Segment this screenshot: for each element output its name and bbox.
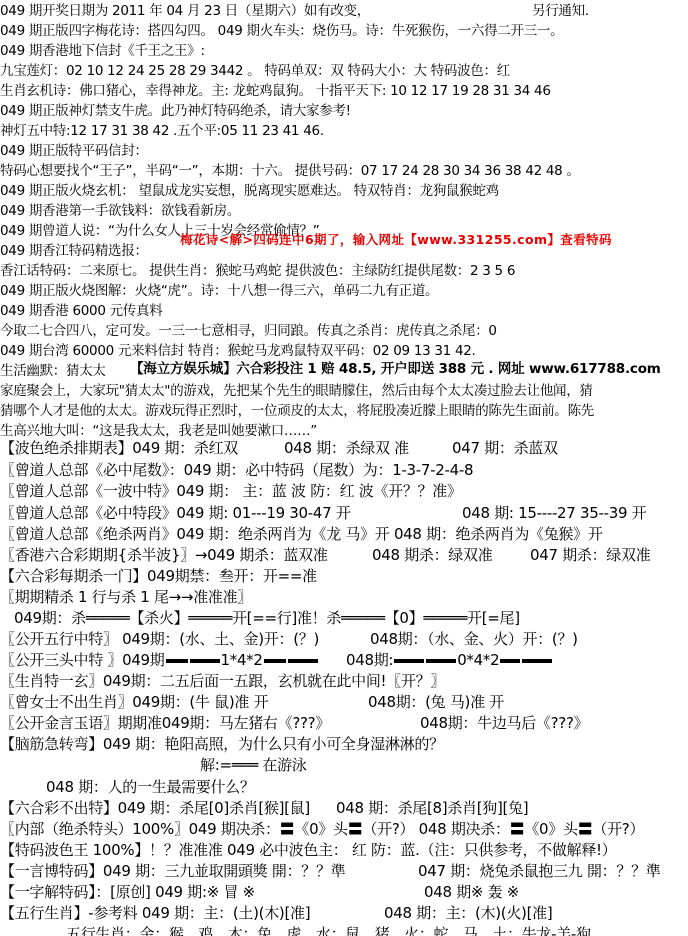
- section-col-b: 048 期：杀绿双 准: [284, 439, 409, 457]
- text-line: 特码心想要找个“王子”，半码“一”，本期：十六。 提供号码：07 17 24 2…: [0, 162, 580, 180]
- text-line: 神灯五中特:12 17 31 38 42 .五个平:05 11 23 41 46…: [0, 122, 324, 140]
- line-text: 049 期香港第一手欲钱料：欲钱看新房。: [0, 203, 240, 219]
- section-mid: 1*4*2: [221, 651, 263, 669]
- section-line: 【特码波色王 100%】！？准准准 049 必中波色主： 红 防：蓝.（注：只供…: [0, 841, 616, 859]
- section-text: 〖公开三头中特 〗049期: [0, 651, 165, 669]
- section-col-b: 048期：(兔 马)准 开: [368, 693, 504, 711]
- section-line: 【一字解特码】：[原创] 049 期:※ 冒 ※048 期※ 轰 ※: [0, 883, 255, 901]
- section-line: 【波色绝杀排期表】049 期：杀红双048 期：杀绿双 准047 期：杀蓝双: [0, 439, 238, 457]
- section-line: 【五行生肖】-参考料 049 期：主：(土)(木)[准]048 期：主：(木)(…: [0, 904, 310, 922]
- section-text: 049期：杀═════【杀火】═════开[==行]准！杀═════【0】═══…: [14, 609, 520, 627]
- line-text: 生高兴地大叫：“这是我太太，我老是叫她要漱口……”: [0, 423, 317, 439]
- section-line: 〖香港六合彩期期{杀半波}〗→049 期杀：蓝双准048 期杀：绿双准047 期…: [0, 546, 328, 564]
- text-line: 049 期正版火烧图解：火烧“虎”。诗：十八想一得三六，单码二九有正道。: [0, 282, 438, 300]
- section-line: 解:=═══ 在游泳: [200, 756, 306, 774]
- text-line: 049 期香港地下信封《千王之王》:: [0, 42, 205, 60]
- line-text: 049 期正版四字梅花诗：搭四勾四。 049 期火车头：烧伤马。诗：牛死猴伤，一…: [0, 23, 563, 39]
- section-col-b: 048 期：主：(木)(火)[准]: [384, 904, 552, 922]
- section-text: 【六合彩每期杀一门】049期禁：叁开：开==准: [0, 567, 317, 585]
- section-col-c: 047 期：杀蓝双: [452, 439, 558, 457]
- text-line: 生活幽默：猜太太: [0, 362, 106, 380]
- casino-ad-banner[interactable]: 【海立方娱乐城】六合彩投注 1 赔 48.5, 开户即送 388 元 . 网址 …: [130, 357, 661, 377]
- line-text: 049 期香港 6000 元传真料: [0, 303, 162, 319]
- section-col-b: 048 期：杀尾[8]杀肖[狗][兔]: [336, 799, 528, 817]
- line-text: 香江话特码：二来原七。 提供生肖：猴蛇马鸡蛇 提供波色：主绿防红提供尾数：2 3…: [0, 263, 515, 279]
- section-text: 【脑筋急转弯】049 期：艳阳高照，为什么只有小可全身湿淋淋的？: [0, 735, 444, 753]
- section-text: 〖生肖特一玄〗049期：二五后面一五跟，玄机就在此中间!〖开？〗: [0, 672, 445, 690]
- section-line: 〖生肖特一玄〗049期：二五后面一五跟，玄机就在此中间!〖开？〗: [0, 672, 445, 690]
- section-line: 【六合彩不出特】049 期：杀尾[0]杀肖[猴][鼠]048 期：杀尾[8]杀肖…: [0, 799, 310, 817]
- section-col-c: 047 期杀：绿双准: [530, 546, 650, 564]
- section-col-b: 048期：牛边马后《???》: [420, 714, 588, 732]
- text-line: 049 期正版四字梅花诗：搭四勾四。 049 期火车头：烧伤马。诗：牛死猴伤，一…: [0, 22, 563, 40]
- section-line: 〖公开五行中特〗 049期：(水、土、金)开：(？)048期：（水、金、火）开：…: [0, 630, 319, 648]
- section-mid2: 0*4*2: [457, 651, 499, 669]
- text-line: 049 期正版火烧玄机： 望鼠成龙实妄想，脱离现实愿难达。 特双特肖：龙狗鼠猴蛇…: [0, 182, 499, 200]
- section-text: 〖曾女士不出生肖〗049期：(牛 鼠)准 开: [0, 693, 268, 711]
- section-text: 〖期期精杀 1 行与杀 1 尾→→准准准〗: [0, 588, 252, 606]
- line-text: 049 期香港地下信封《千王之王》:: [0, 43, 205, 59]
- text-line: 049 期开奖日期为 2011 年 04 月 23 日（星期六）如有改变，另行通…: [0, 2, 370, 20]
- section-text: 〖曾道人总部《一波中特》049 期： 主：蓝 波 防：红 波《开？？准》: [0, 482, 462, 500]
- line-text: 九宝莲灯：02 10 12 24 25 28 29 3442 。 特码单双：双 …: [0, 63, 510, 79]
- section-col-b: 048 期※ 轰 ※: [424, 883, 519, 901]
- bar-divider: [165, 651, 221, 669]
- section-text: 五行生肖：金：猴、鸡。木：兔、虎。水：鼠、猪。火：蛇、马。土：牛龙-羊-狗: [66, 925, 591, 936]
- section-text: 〖曾道人总部《必中尾数》：049 期：必中特码（尾数）为：1-3-7-2-4-8: [0, 461, 473, 479]
- section-line: 〖曾女士不出生肖〗049期：(牛 鼠)准 开048期：(兔 马)准 开: [0, 693, 268, 711]
- section-col-b-label: 048期:: [346, 651, 393, 669]
- section-text: 【一言博特码】049 期：三九並取開頭獎 開：？？準: [0, 862, 345, 880]
- section-text: 〖内部（绝杀特头）100%〗049 期决杀：〓《0》头〓（开?） 048 期决杀…: [0, 820, 644, 838]
- section-col-b: 048期：（水、金、火）开：(？): [370, 630, 578, 648]
- line-text: 049 期香江特码精选报：: [0, 243, 148, 259]
- section-text: 【一字解特码】：[原创] 049 期:※ 冒 ※: [0, 883, 255, 901]
- line-tail: 另行通知.: [532, 2, 589, 20]
- red-ad-banner[interactable]: 梅花诗<解>四码连中6期了，输入网址【www.331255.com】查看特码: [180, 230, 612, 248]
- section-text: 〖公开金言玉语〗期期准049期：马左猪右《???》: [0, 714, 330, 732]
- section-line: 五行生肖：金：猴、鸡。木：兔、虎。水：鼠、猪。火：蛇、马。土：牛龙-羊-狗: [66, 925, 591, 936]
- section-text: 【六合彩不出特】049 期：杀尾[0]杀肖[猴][鼠]: [0, 799, 310, 817]
- section-text: 【特码波色王 100%】！？准准准 049 必中波色主： 红 防：蓝.（注：只供…: [0, 841, 616, 859]
- section-line: 〖曾道人总部《绝杀两肖》049 期：绝杀两肖为《龙 马》开 048 期：绝杀两肖…: [0, 525, 603, 543]
- line-text: 049 期正版神灯禁支牛虎。此乃神灯特码绝杀，请大家参考!: [0, 103, 351, 119]
- section-line: 【一言博特码】049 期：三九並取開頭獎 開：？？準047 期：烧兔杀鼠抱三九 …: [0, 862, 345, 880]
- text-line: 九宝莲灯：02 10 12 24 25 28 29 3442 。 特码单双：双 …: [0, 62, 510, 80]
- text-line: 香江话特码：二来原七。 提供生肖：猴蛇马鸡蛇 提供波色：主绿防红提供尾数：2 3…: [0, 262, 515, 280]
- section-col-b: 047 期：烧兔杀鼠抱三九 開：？？準: [418, 862, 660, 880]
- section-col-b: 048 期: 15----27 35--39 开: [462, 504, 646, 522]
- section-line: 〖曾道人总部《一波中特》049 期： 主：蓝 波 防：红 波《开？？准》: [0, 482, 462, 500]
- line-text: 049 期正版特平码信封：: [0, 143, 148, 159]
- bar-divider: [263, 651, 319, 669]
- text-line: 猜哪个人才是他的太太。游戏玩得正烈时，一位顽皮的太太，将屁股凑近朦上眼睛的陈先生…: [0, 402, 594, 420]
- section-text: 〖香港六合彩期期{杀半波}〗→049 期杀：蓝双准: [0, 546, 328, 564]
- text-line: 049 期正版神灯禁支牛虎。此乃神灯特码绝杀，请大家参考!: [0, 102, 351, 120]
- line-text: 生肖玄机诗：佛口猪心，幸得神龙。主: 龙蛇鸡鼠狗。 十指平天下: 10 12 1…: [0, 83, 551, 99]
- section-text: 〖曾道人总部《绝杀两肖》049 期：绝杀两肖为《龙 马》开 048 期：绝杀两肖…: [0, 525, 603, 543]
- section-text: 【波色绝杀排期表】049 期：杀红双: [0, 439, 238, 457]
- section-text: 〖曾道人总部《必中特段》049 期: 01---19 30-47 开: [0, 504, 351, 522]
- section-line: 048 期：人的一生最需要什么？: [46, 778, 255, 796]
- line-text: 049 期开奖日期为 2011 年 04 月 23 日（星期六）如有改变，: [0, 3, 370, 19]
- section-line: 〖曾道人总部《必中尾数》：049 期：必中特码（尾数）为：1-3-7-2-4-8: [0, 461, 473, 479]
- section-line: 〖期期精杀 1 行与杀 1 尾→→准准准〗: [0, 588, 252, 606]
- line-text: 049 期正版火烧玄机： 望鼠成龙实妄想，脱离现实愿难达。 特双特肖：龙狗鼠猴蛇…: [0, 183, 499, 199]
- line-text: 家庭聚会上，大家玩"猜太太"的游戏，先把某个先生的眼睛朦住，然后由每个太太凑过脸…: [0, 383, 593, 399]
- section-line: 【六合彩每期杀一门】049期禁：叁开：开==准: [0, 567, 317, 585]
- text-line: 生肖玄机诗：佛口猪心，幸得神龙。主: 龙蛇鸡鼠狗。 十指平天下: 10 12 1…: [0, 82, 551, 100]
- section-text: 048 期：人的一生最需要什么？: [46, 778, 255, 796]
- section-col-b: 048 期杀：绿双准: [372, 546, 492, 564]
- text-line: 家庭聚会上，大家玩"猜太太"的游戏，先把某个先生的眼睛朦住，然后由每个太太凑过脸…: [0, 382, 593, 400]
- section-text: 解:=═══ 在游泳: [200, 756, 306, 774]
- text-line: 049 期香港第一手欲钱料：欲钱看新房。: [0, 202, 240, 220]
- text-line: 今取二七合四八，定可发。一三一七意相寻，归同踉。传真之杀肖：虎传真之杀尾：0: [0, 322, 497, 340]
- section-line: 049期：杀═════【杀火】═════开[==行]准！杀═════【0】═══…: [14, 609, 520, 627]
- line-text: 神灯五中特:12 17 31 38 42 .五个平:05 11 23 41 46…: [0, 123, 324, 139]
- section-line: 〖公开三头中特 〗049期1*4*2048期:0*4*2: [0, 651, 319, 669]
- text-line: 049 期正版特平码信封：: [0, 142, 148, 160]
- text-line: 生高兴地大叫：“这是我太太，我老是叫她要漱口……”: [0, 422, 317, 440]
- section-text: 【五行生肖】-参考料 049 期：主：(土)(木)[准]: [0, 904, 310, 922]
- text-line: 049 期香江特码精选报：: [0, 242, 148, 260]
- section-line: 〖内部（绝杀特头）100%〗049 期决杀：〓《0》头〓（开?） 048 期决杀…: [0, 820, 644, 838]
- line-text: 生活幽默：猜太太: [0, 363, 106, 379]
- section-line: 〖曾道人总部《必中特段》049 期: 01---19 30-47 开048 期:…: [0, 504, 351, 522]
- text-line: 049 期香港 6000 元传真料: [0, 302, 162, 320]
- section-col-b: 048期:0*4*2: [346, 651, 553, 669]
- section-text: 〖公开五行中特〗 049期：(水、土、金)开：(？): [0, 630, 319, 648]
- line-text: 特码心想要找个“王子”，半码“一”，本期：十六。 提供号码：07 17 24 2…: [0, 163, 580, 179]
- line-text: 049 期正版火烧图解：火烧“虎”。诗：十八想一得三六，单码二九有正道。: [0, 283, 438, 299]
- section-line: 〖公开金言玉语〗期期准049期：马左猪右《???》048期：牛边马后《???》: [0, 714, 330, 732]
- line-text: 今取二七合四八，定可发。一三一七意相寻，归同踉。传真之杀肖：虎传真之杀尾：0: [0, 323, 497, 339]
- line-text: 猜哪个人才是他的太太。游戏玩得正烈时，一位顽皮的太太，将屁股凑近朦上眼睛的陈先生…: [0, 403, 594, 419]
- section-line: 【脑筋急转弯】049 期：艳阳高照，为什么只有小可全身湿淋淋的？: [0, 735, 444, 753]
